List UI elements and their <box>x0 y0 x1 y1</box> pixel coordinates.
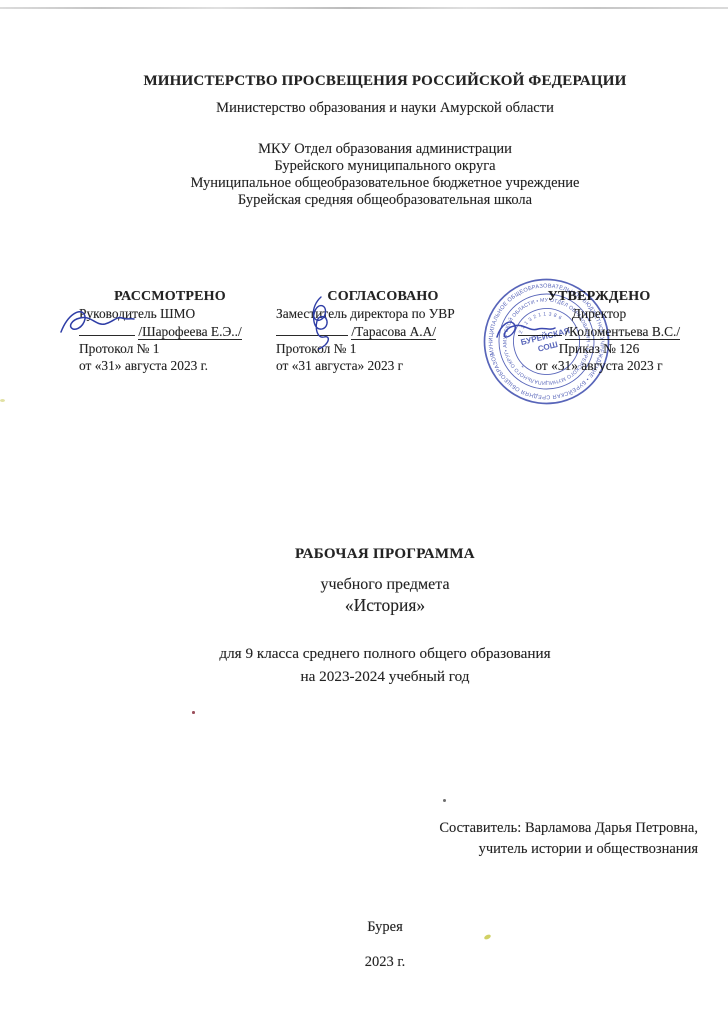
org-line-1: МКУ Отдел образования администрации <box>42 141 728 158</box>
footer-city: Бурея <box>42 919 728 936</box>
reviewed-title: РАССМОТРЕНО <box>79 288 261 305</box>
school-year-line: на 2023-2024 учебный год <box>42 668 728 686</box>
org-line-3: Муниципальное общеобразовательное бюджет… <box>42 175 728 192</box>
scan-speck <box>0 399 5 402</box>
scanned-title-page: { "page": { "ink_color": "#232323", "sta… <box>0 0 728 1030</box>
reviewed-signature-icon <box>56 305 138 341</box>
ministry-heading: МИНИСТЕРСТВО ПРОСВЕЩЕНИЯ РОССИЙСКОЙ ФЕДЕ… <box>42 73 728 90</box>
author-block: Составитель: Варламова Дарья Петровна, у… <box>278 818 698 859</box>
agreed-date: от «31 августа» 2023 г <box>276 357 490 374</box>
scan-speck <box>192 711 195 714</box>
program-subtitle: учебного предмета <box>42 576 728 594</box>
author-name-line: Составитель: Варламова Дарья Петровна, <box>278 818 698 839</box>
author-role-line: учитель истории и обществознания <box>278 839 698 860</box>
reviewed-name: /Шарофеева Е.Э../ <box>138 324 241 340</box>
org-line-4: Бурейская средняя общеобразовательная шк… <box>42 192 728 209</box>
agreed-signature-icon <box>297 291 345 355</box>
grade-line: для 9 класса среднего полного общего обр… <box>42 645 728 663</box>
stamp-star-right: * <box>575 352 579 359</box>
approved-signature-icon <box>492 314 560 346</box>
org-line-2: Бурейского муниципального округа <box>42 158 728 175</box>
scan-speck <box>483 934 491 941</box>
agreed-name: /Тарасова А.А/ <box>351 324 436 340</box>
organization-block: МКУ Отдел образования администрации Буре… <box>42 141 728 209</box>
scan-edge-line <box>0 7 728 9</box>
program-title: РАБОЧАЯ ПРОГРАММА <box>42 546 728 563</box>
regional-ministry-line: Министерство образования и науки Амурско… <box>42 100 728 117</box>
reviewed-doc: Протокол № 1 <box>79 340 261 357</box>
reviewed-date: от «31» августа 2023 г. <box>79 357 261 374</box>
footer-year: 2023 г. <box>42 954 728 971</box>
scan-speck <box>443 799 446 802</box>
subject-name: «История» <box>42 595 728 616</box>
